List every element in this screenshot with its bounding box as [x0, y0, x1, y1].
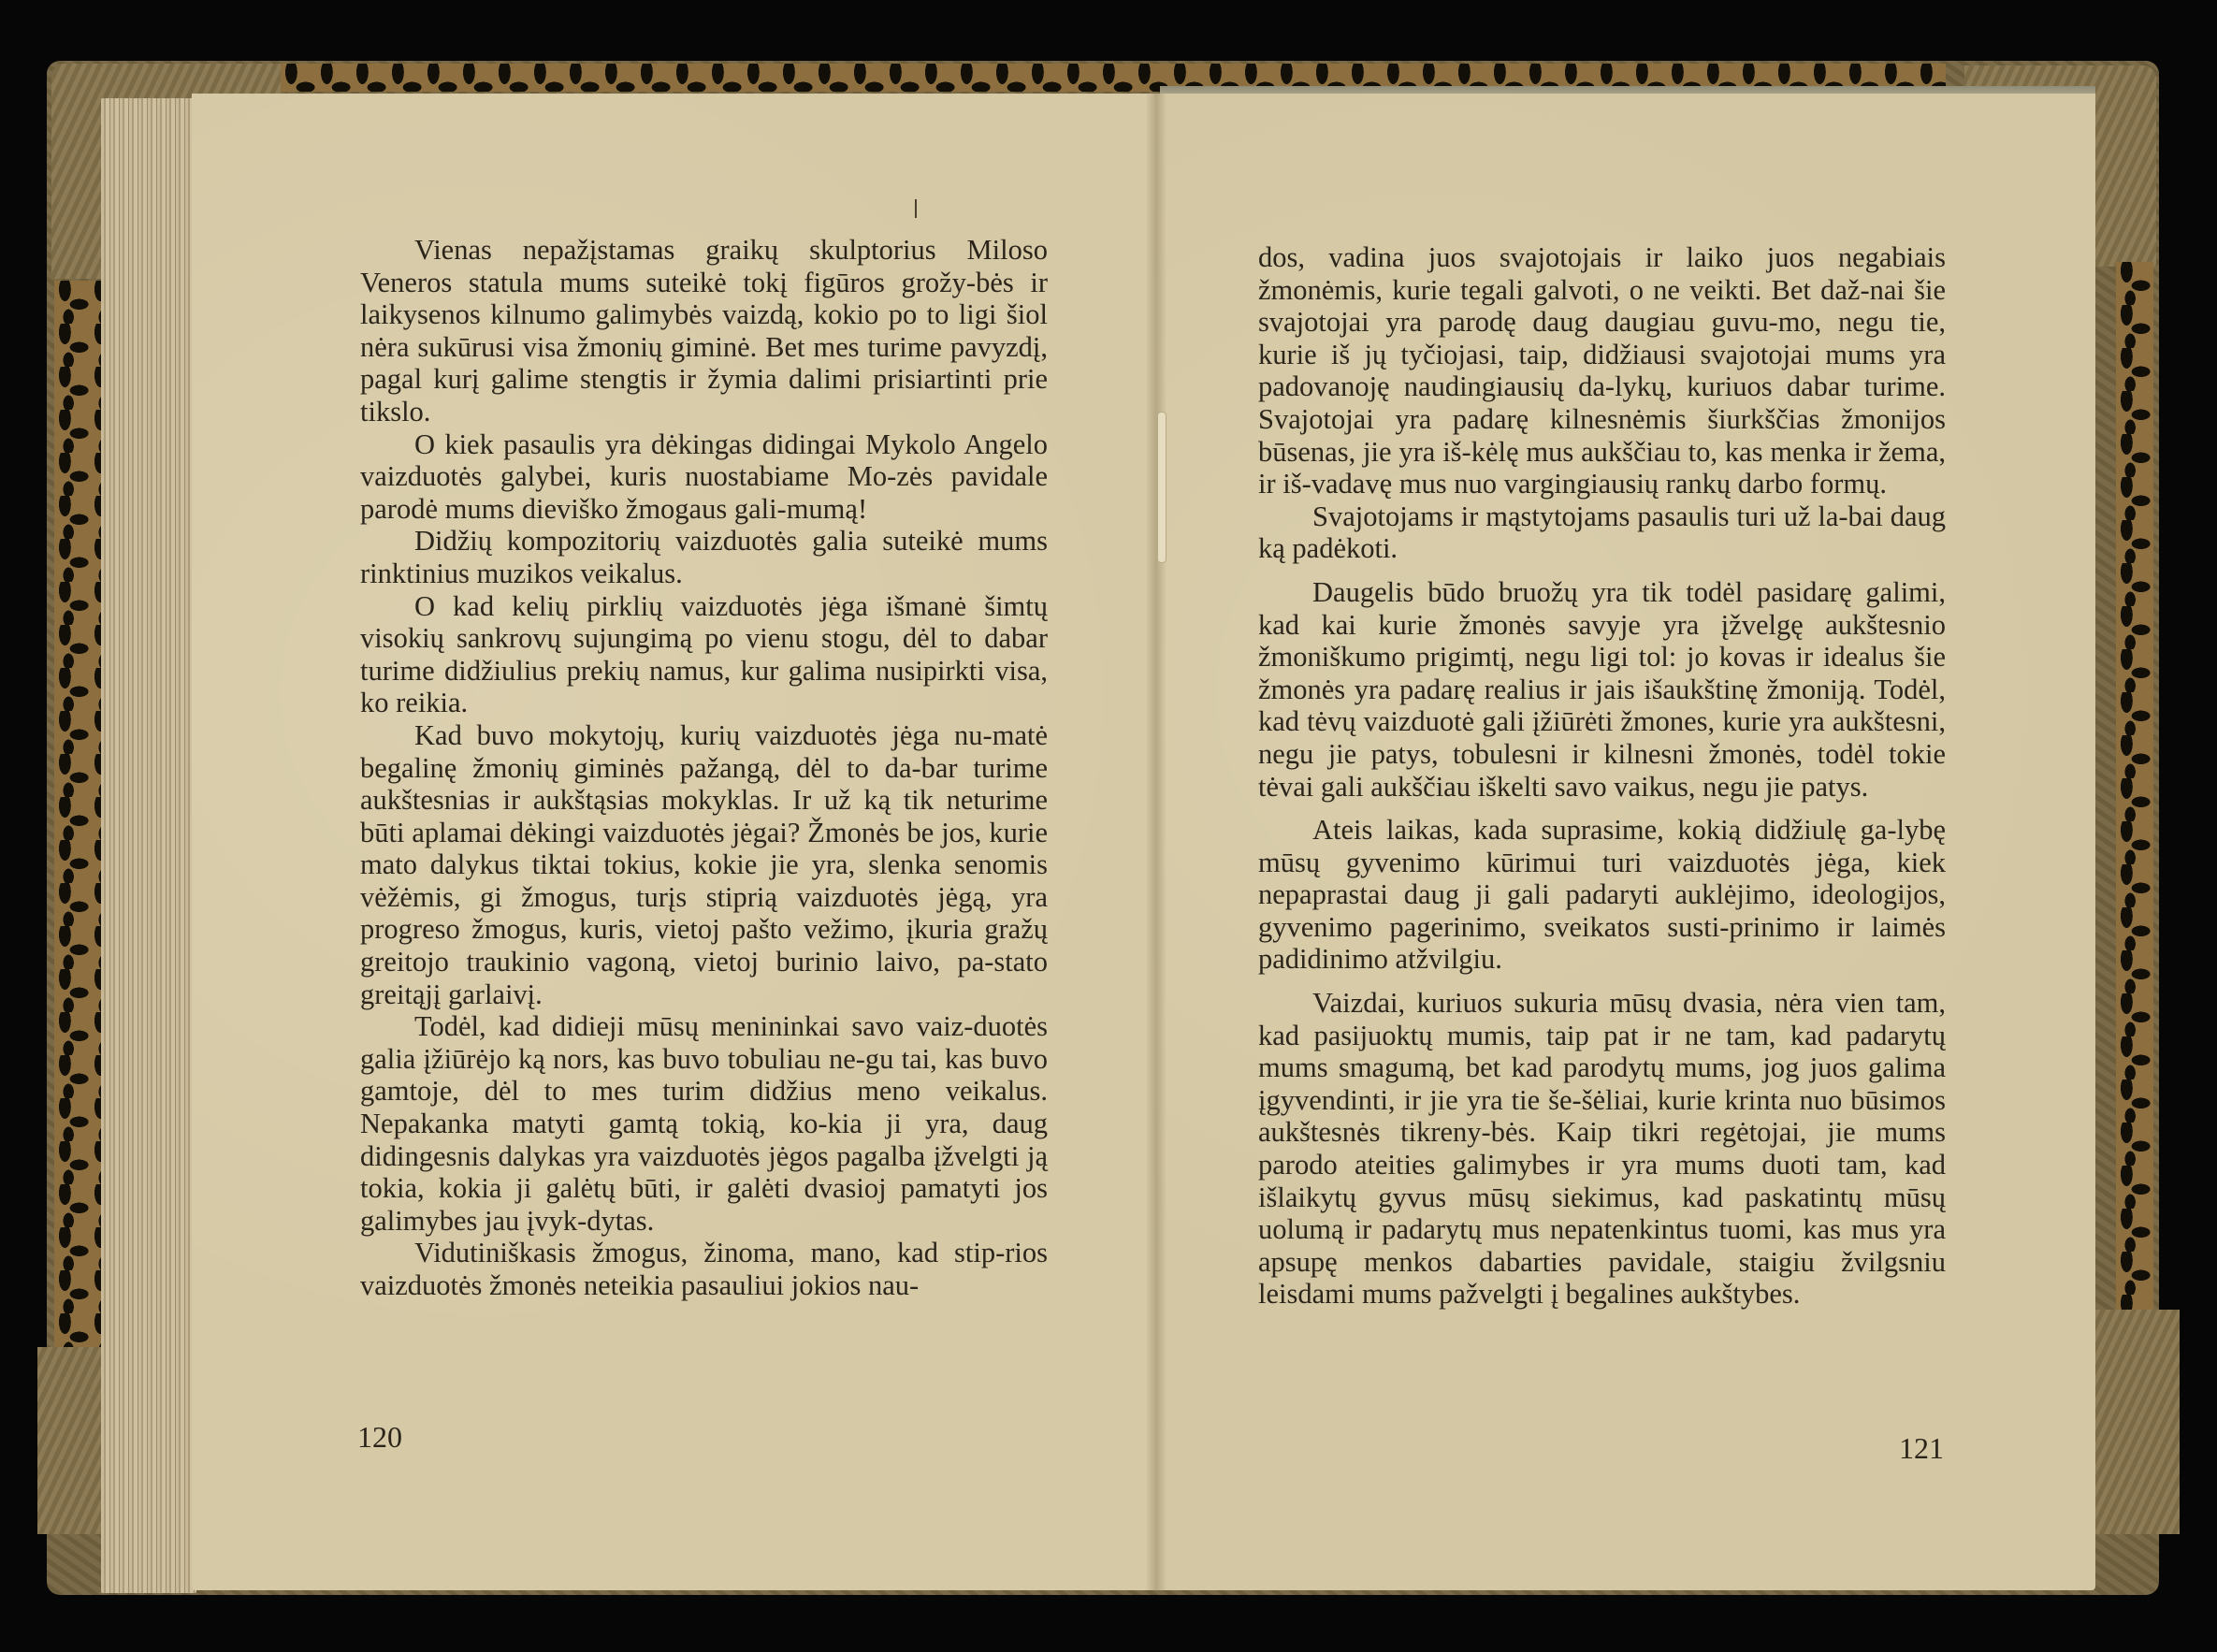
paragraph: O kad kelių pirklių vaizduotės jėga išma… — [360, 590, 1048, 719]
page-number-left: 120 — [357, 1420, 402, 1455]
paragraph: Todėl, kad didieji mūsų menininkai savo … — [360, 1010, 1048, 1237]
page-number-right: 121 — [1899, 1431, 1944, 1466]
gutter — [1146, 94, 1166, 1590]
paragraph: Daugelis būdo bruožų yra tik todėl pasid… — [1258, 576, 1946, 803]
right-page-text: dos, vadina juos svajotojais ir laiko ju… — [1258, 241, 1946, 1311]
paragraph: dos, vadina juos svajotojais ir laiko ju… — [1258, 241, 1946, 500]
paragraph: Vaizdai, kuriuos sukuria mūsų dvasia, nė… — [1258, 987, 1946, 1311]
cloth-corner-bottom-right — [2095, 1310, 2180, 1534]
page-crease — [1157, 412, 1166, 563]
paragraph: Vienas nepažįstamas graikų skulptorius M… — [360, 234, 1048, 428]
paragraph: Svajotojams ir mąstytojams pasaulis turi… — [1258, 500, 1946, 565]
header-mark — [915, 199, 917, 218]
page-stack-edge — [101, 98, 196, 1593]
paragraph: Kad buvo mokytojų, kurių vaizduotės jėga… — [360, 719, 1048, 1010]
paragraph: Didžių kompozitorių vaizduotės galia sut… — [360, 525, 1048, 589]
paragraph: Ateis laikas, kada suprasime, kokią didž… — [1258, 814, 1946, 976]
left-page-text: Vienas nepažįstamas graikų skulptorius M… — [360, 234, 1048, 1302]
marbled-board-right — [2116, 262, 2153, 1319]
paragraph: Vidutiniškasis žmogus, žinoma, mano, kad… — [360, 1237, 1048, 1301]
paragraph: O kiek pasaulis yra dėkingas didingai My… — [360, 428, 1048, 526]
